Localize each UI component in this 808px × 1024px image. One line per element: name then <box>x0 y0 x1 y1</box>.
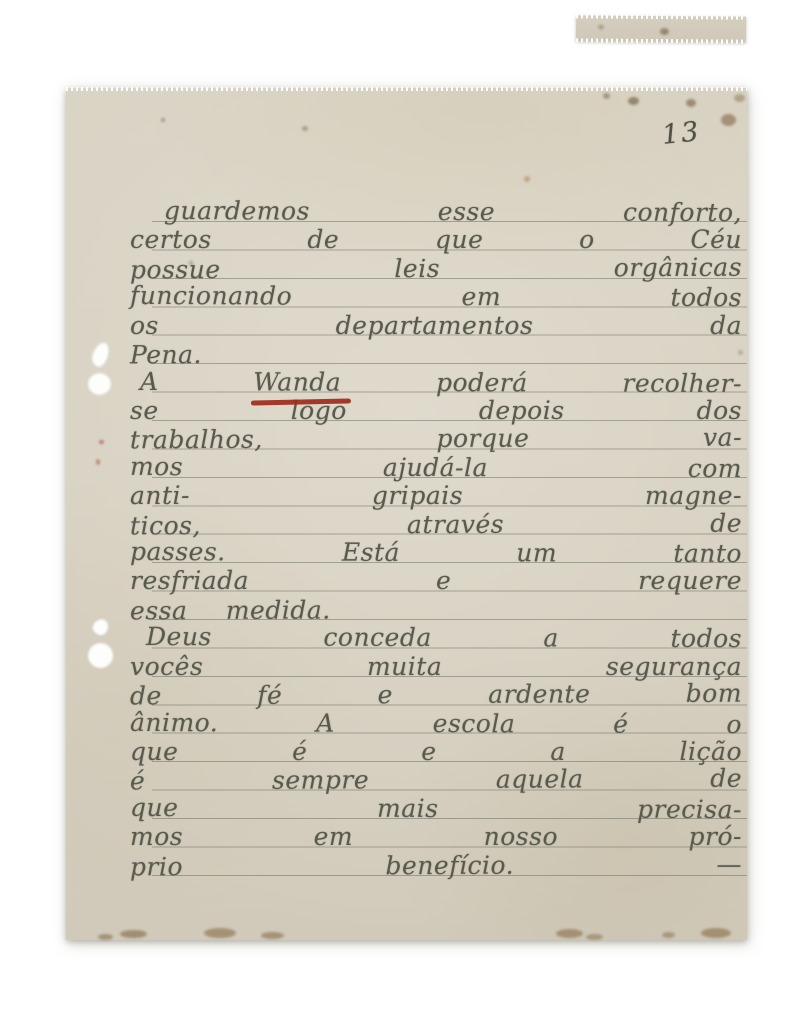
stain <box>204 928 236 938</box>
handwriting-line: A Wanda poderá recolher- <box>130 367 742 398</box>
punch-hole <box>88 373 111 395</box>
handwriting-line: prio benefício. — <box>130 850 742 881</box>
page-number: 13 <box>660 116 701 151</box>
handwriting-line: mos ajudá-la com <box>130 453 742 484</box>
handwriting-line: resfriada e requere <box>130 567 742 595</box>
handwriting-line: passes. Está um tanto <box>130 538 742 569</box>
stain <box>660 28 669 35</box>
stain <box>701 928 731 938</box>
stain <box>721 114 736 126</box>
punch-hole <box>91 617 110 637</box>
manuscript-page: 13 guardemos esse conforto, certos de qu… <box>66 88 747 940</box>
handwriting-line: Pena. <box>130 339 742 370</box>
handwriting-line: vocês muita segurança <box>130 653 742 681</box>
stain <box>98 934 113 940</box>
handwriting-line: ticos, através de <box>130 509 742 540</box>
handwriting-line: os departamentos da <box>130 312 742 340</box>
stain <box>524 176 530 182</box>
serrated-top-edge <box>66 87 747 91</box>
red-speck <box>99 440 104 444</box>
handwriting-block: guardemos esse conforto, certos de que o… <box>130 198 742 880</box>
handwriting-line: funcionando em todos <box>130 282 742 313</box>
stain <box>120 930 147 938</box>
stain <box>161 118 165 122</box>
torn-paper-fragment <box>576 15 746 42</box>
handwriting-line: anti- gripais magne- <box>130 482 742 510</box>
punch-hole <box>88 643 113 668</box>
handwriting-line: que é e a lição <box>130 738 742 766</box>
handwriting-line: é sempre aquela de <box>130 765 742 796</box>
handwriting-line: trabalhos, porque va- <box>130 424 742 455</box>
stain <box>628 97 639 105</box>
stain <box>556 929 583 938</box>
red-underlined-word: Wanda <box>253 367 341 396</box>
handwriting-line: guardemos esse conforto, <box>130 197 742 228</box>
handwriting-line: que mais precisa- <box>130 794 742 825</box>
torn-edge <box>576 38 746 43</box>
stain <box>662 932 675 938</box>
stain <box>261 932 284 939</box>
handwriting-line: de fé e ardente bom <box>130 680 742 711</box>
handwriting-line: essa medida. <box>130 595 742 626</box>
handwriting-line: possue leis orgânicas <box>130 254 742 285</box>
handwriting-word: A <box>140 366 159 395</box>
scanned-document: 13 guardemos esse conforto, certos de qu… <box>0 0 808 1024</box>
handwriting-line: certos de que o Céu <box>130 226 742 254</box>
stain <box>734 94 745 102</box>
handwriting-line: se logo depois dos <box>130 397 742 425</box>
handwriting-line: ânimo. A escola é o <box>130 709 742 740</box>
stain <box>598 25 604 30</box>
handwriting-line: Deus conceda a todos <box>130 623 742 654</box>
handwriting-line: mos em nosso pró- <box>130 823 742 851</box>
stain <box>189 261 193 265</box>
torn-edge <box>576 14 746 19</box>
handwriting-word: poderá recolher- <box>436 368 742 398</box>
stain <box>302 126 308 131</box>
stain <box>686 99 696 107</box>
stain <box>586 934 603 940</box>
stain <box>603 93 610 99</box>
stain <box>738 350 743 355</box>
red-speck <box>96 459 100 465</box>
punch-hole <box>90 340 112 368</box>
